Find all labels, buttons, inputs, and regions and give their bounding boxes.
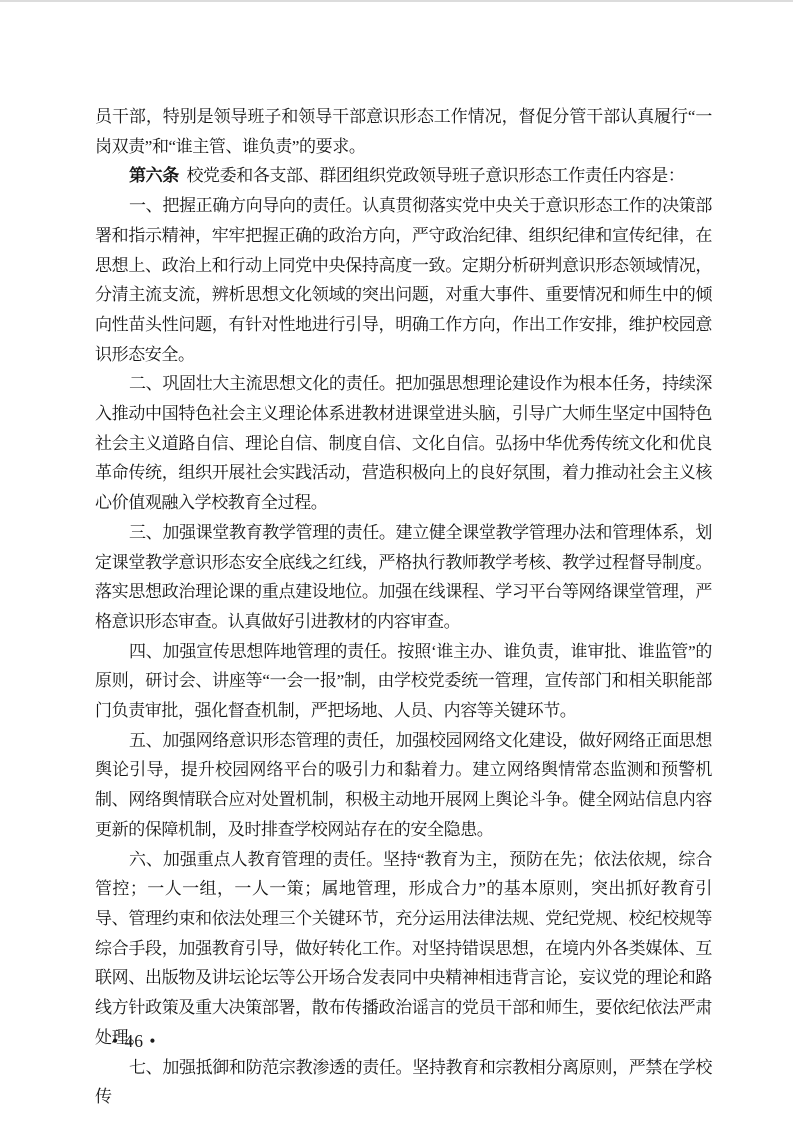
numbered-item-5: 五、加强网络意识形态管理的责任，加强校园网络文化建设，做好网络正面思想舆论引导，…: [95, 726, 712, 845]
article-heading-paragraph: 第六条校党委和各支部、群团组织党政领导班子意识形态工作责任内容是：: [95, 161, 712, 191]
numbered-item-1: 一、把握正确方向导向的责任。认真贯彻落实党中央关于意识形态工作的决策部署和指示精…: [95, 191, 712, 369]
numbered-item-2: 二、巩固壮大主流思想文化的责任。把加强思想理论建设作为根本任务，持续深入推动中国…: [95, 369, 712, 518]
numbered-item-7: 七、加强抵御和防范宗教渗透的责任。坚持教育和宗教相分离原则，严禁在学校传: [95, 1053, 712, 1112]
document-body: 员干部，特别是领导班子和领导干部意识形态工作情况，督促分管干部认真履行“一岗双责…: [95, 102, 712, 1112]
scan-edge-artifact: [0, 0, 793, 2]
article-number-label: 第六条: [129, 166, 179, 185]
numbered-item-6: 六、加强重点人教育管理的责任。坚持“教育为主，预防在先；依法依规，综合管控；一人…: [95, 845, 712, 1053]
numbered-item-4: 四、加强宣传思想阵地管理的责任。按照‘谁主办、谁负责，谁审批、谁监管”的原则，研…: [95, 637, 712, 726]
numbered-item-3: 三、加强课堂教育教学管理的责任。建立健全课堂教学管理办法和管理体系，划定课堂教学…: [95, 518, 712, 637]
paragraph-continuation: 员干部，特别是领导班子和领导干部意识形态工作情况，督促分管干部认真履行“一岗双责…: [95, 102, 712, 161]
page-number: • 46 •: [112, 1031, 157, 1052]
article-heading-text: 校党委和各支部、群团组织党政领导班子意识形态工作责任内容是：: [186, 166, 684, 185]
